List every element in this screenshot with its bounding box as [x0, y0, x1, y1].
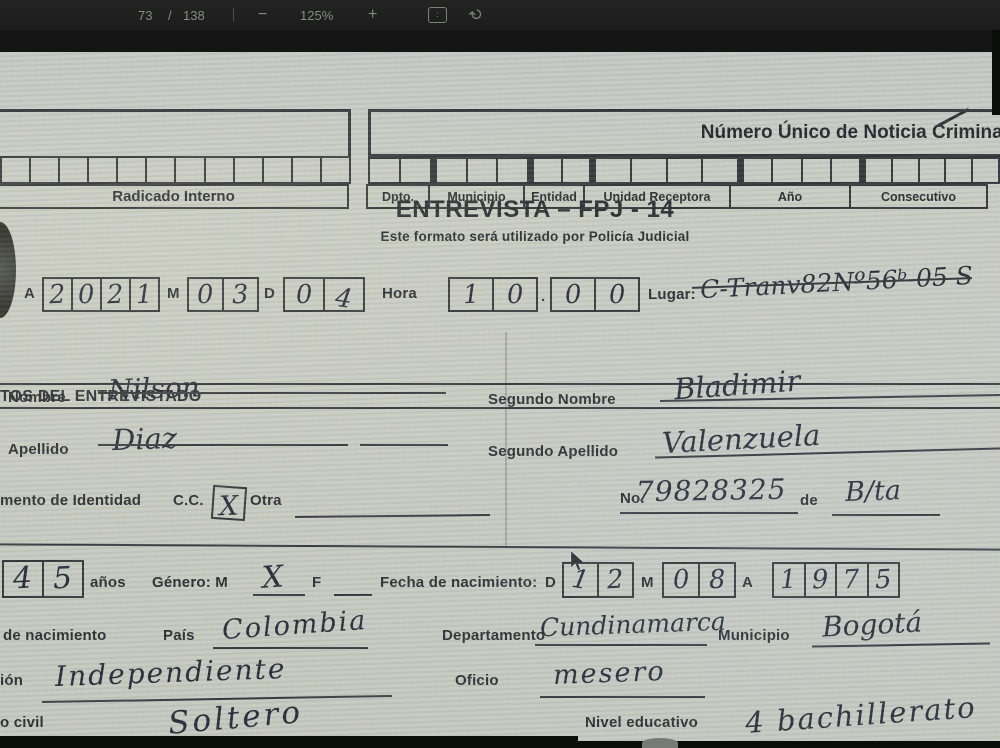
grid-cell — [891, 157, 920, 184]
nunc-title: Número Único de Noticia Criminal — [701, 122, 1000, 144]
digit-cell: 8 — [698, 562, 736, 598]
digit: 3 — [232, 281, 250, 308]
dia-boxes: 1 2 — [562, 562, 634, 598]
dia-header-label: D — [264, 285, 275, 302]
digit-cell: 2 — [100, 277, 131, 312]
fit-page-icon: ∶ — [428, 7, 447, 23]
municipio-underline — [812, 642, 990, 647]
digit-cell: 3 — [222, 277, 259, 312]
de-value: B/ta — [844, 475, 901, 508]
digit: 9 — [811, 567, 829, 594]
grid-cell — [666, 157, 704, 184]
grid-cell — [496, 157, 529, 184]
grid-cell — [174, 156, 205, 184]
hora-boxes-left: 1 0 — [448, 277, 538, 312]
dia-label: D — [545, 574, 556, 591]
digit-cell: 0 — [492, 277, 538, 312]
digit-cell: 5 — [42, 560, 84, 598]
otra-label: Otra — [250, 492, 282, 509]
grid-cell — [204, 156, 235, 184]
radicado-top-box — [0, 109, 351, 156]
digit: 0 — [608, 281, 626, 308]
grid-cell — [262, 156, 293, 184]
grid-cell — [594, 157, 632, 184]
genero-label: Género: M — [152, 574, 228, 591]
de-label: de — [800, 492, 818, 509]
digit-cell: 0 — [662, 562, 700, 598]
edad-boxes: 4 5 — [2, 560, 84, 598]
mes-header-label: M — [167, 285, 180, 302]
otra-underline — [295, 514, 490, 518]
hora-dot: . — [541, 288, 545, 305]
hora-label: Hora — [382, 285, 417, 302]
estado-civil-value: Soltero — [167, 694, 305, 742]
digit-cell: 4 — [2, 560, 44, 598]
oficio-label: Oficio — [455, 672, 499, 689]
digit: 1 — [462, 281, 480, 308]
digit: 5 — [53, 564, 74, 595]
apellido-label: Apellido — [8, 441, 69, 458]
digit-cell: 2 — [42, 277, 73, 312]
grid-cell — [368, 157, 401, 184]
page-count: 138 — [183, 0, 205, 30]
grid-cell — [87, 156, 118, 184]
grid-cell — [399, 157, 432, 184]
fit-page-button[interactable]: ∶ — [428, 0, 447, 30]
month-boxes: 0 3 — [187, 277, 259, 312]
fiscalia-logo-fragment — [0, 222, 16, 318]
apellido-value: Diaz — [111, 421, 177, 457]
estado-civil-label-cut: o civil — [0, 714, 44, 731]
grid-cell — [233, 156, 264, 184]
no-value: 79828325 — [636, 473, 787, 509]
fecha-label-cut: a — [2, 286, 11, 303]
section-divider-line — [0, 543, 1000, 550]
anio-header-label: A — [24, 285, 35, 302]
digit-cell: 7 — [835, 562, 869, 598]
rotate-icon: ↻ — [465, 3, 488, 27]
rotate-button[interactable]: ↻ — [470, 0, 483, 30]
grid-cell — [0, 156, 31, 184]
municipio-value: Bogotá — [821, 605, 923, 643]
digit-cell: 9 — [804, 562, 838, 598]
apellido-underline — [98, 444, 348, 446]
no-underline — [620, 512, 798, 514]
segundo-nombre-label: Segundo Nombre — [488, 391, 616, 408]
digit-cell: 0 — [71, 277, 102, 312]
grid-cell — [630, 157, 668, 184]
grid-cell — [29, 156, 60, 184]
grid-cell — [58, 156, 89, 184]
radicado-cells — [0, 156, 351, 184]
paper-edge-strip — [992, 30, 1000, 115]
grid-cell — [971, 157, 1000, 184]
pdf-toolbar: 73 / 138 − 125% + ∶ ↻ — [0, 0, 1000, 30]
cc-checkbox: X — [211, 485, 247, 521]
nunc-group-consecutivo — [861, 157, 1000, 184]
digit: 0 — [78, 281, 96, 308]
nivel-educativo-label: Nivel educativo — [585, 714, 698, 731]
anio-boxes: 1 9 7 5 — [772, 562, 900, 598]
document-page[interactable]: Radicado Interno Número Único de Noticia… — [0, 52, 1000, 748]
anos-label: años — [90, 574, 126, 591]
column-fold-line — [505, 332, 507, 548]
year-boxes: 2 0 2 1 — [42, 277, 160, 312]
digit: 0 — [506, 281, 524, 308]
oficio-value: mesero — [552, 656, 666, 691]
column-label: Año — [729, 184, 851, 209]
digit: 5 — [874, 567, 892, 594]
digit-cell: 0 — [283, 277, 325, 312]
grid-cell — [291, 156, 322, 184]
genero-f-label: F — [312, 574, 321, 591]
pdf-viewer-window: 73 / 138 − 125% + ∶ ↻ Radicado Interno N… — [0, 0, 1000, 748]
digit: 2 — [49, 281, 67, 308]
grid-cell — [830, 157, 861, 184]
oficio-underline — [540, 696, 705, 698]
cc-label: C.C. — [173, 492, 204, 509]
zoom-out-button[interactable]: − — [258, 0, 267, 30]
digit: 7 — [843, 567, 861, 594]
nunc-group-municipio — [432, 157, 529, 184]
digit: 1 — [136, 281, 154, 308]
bottom-bar-left — [0, 736, 578, 748]
grid-cell — [771, 157, 802, 184]
form-title: ENTREVISTA – FPJ - 14 — [330, 196, 740, 224]
zoom-in-button[interactable]: + — [368, 0, 377, 30]
grid-cell — [145, 156, 176, 184]
digit-cell: 5 — [867, 562, 901, 598]
digit-cell: 4 — [323, 277, 365, 312]
nombre-underline — [98, 392, 446, 394]
digit: 2 — [107, 281, 125, 308]
grid-cell — [944, 157, 973, 184]
day-boxes: 0 4 — [283, 277, 365, 312]
nombre-value: Nilson — [107, 370, 200, 406]
nombre-label: Nombre — [8, 389, 66, 406]
grid-cell — [435, 157, 468, 184]
nivel-educativo-value: 4 bachillerato — [744, 690, 978, 740]
page-divider: / — [168, 0, 172, 30]
pais-underline — [213, 647, 368, 649]
grid-cell — [801, 157, 832, 184]
page-number-input[interactable]: 73 — [138, 0, 152, 30]
grid-cell — [320, 156, 351, 184]
hora-boxes-right: 0 0 — [550, 277, 640, 312]
digit: 1 — [570, 566, 591, 594]
digit-cell: 1 — [772, 562, 806, 598]
digit: 0 — [295, 281, 313, 308]
de-underline — [832, 514, 940, 516]
ocupacion-value: Independiente — [54, 652, 286, 693]
lugar-label: Lugar: — [648, 286, 696, 303]
digit: 4 — [13, 564, 34, 595]
genero-f-underline — [334, 594, 372, 596]
segundo-apellido-label: Segundo Apellido — [488, 443, 618, 460]
nunc-group-anio — [739, 157, 861, 184]
pais-value: Colombia — [221, 605, 368, 646]
digit: 8 — [708, 567, 726, 594]
nunc-group-unidad — [591, 157, 739, 184]
digit: 0 — [672, 567, 690, 594]
grid-cell — [742, 157, 773, 184]
grid-cell — [466, 157, 499, 184]
grid-cell — [701, 157, 739, 184]
digit: 2 — [607, 567, 625, 594]
digit-cell: 0 — [594, 277, 640, 312]
cc-checkbox-mark: X — [219, 492, 239, 520]
grid-cell — [532, 157, 563, 184]
nunc-title-box: Número Único de Noticia Criminal — [368, 109, 1000, 157]
digit-cell: 1 — [562, 562, 599, 598]
apellido-underline-2 — [360, 444, 448, 446]
radicado-label: Radicado Interno — [0, 184, 349, 209]
genero-m-mark: X — [261, 559, 285, 595]
documento-label-cut: mento de Identidad — [0, 492, 141, 509]
digit-cell: 1 — [448, 277, 494, 312]
form-subtitle: Este formato será utilizado por Policía … — [290, 229, 780, 244]
departamento-underline — [535, 644, 707, 646]
pais-label: País — [163, 627, 195, 644]
nunc-cells — [368, 157, 1000, 184]
dock-blob — [642, 738, 678, 748]
zoom-level[interactable]: 125% — [300, 0, 333, 30]
grid-cell — [918, 157, 947, 184]
genero-m-underline — [253, 594, 305, 596]
grid-cell — [561, 157, 592, 184]
municipio-label: Municipio — [718, 627, 790, 644]
digit-cell: 1 — [129, 277, 160, 312]
digit: 1 — [780, 567, 798, 594]
nacimiento-label-cut: de nacimiento — [3, 627, 106, 644]
toolbar-divider — [233, 8, 234, 22]
mes-boxes: 0 8 — [662, 562, 736, 598]
grid-cell — [864, 157, 893, 184]
departamento-label: Departamento — [442, 627, 545, 644]
digit-cell: 0 — [550, 277, 596, 312]
digit: 4 — [333, 284, 353, 312]
digit: 0 — [564, 281, 582, 308]
digit-cell: 2 — [597, 562, 634, 598]
nunc-group-dpto — [368, 157, 432, 184]
digit: 0 — [197, 281, 215, 308]
grid-cell — [116, 156, 147, 184]
ocupacion-label-cut: ión — [0, 672, 23, 689]
anio-label: A — [742, 574, 753, 591]
fecha-nacimiento-label: Fecha de nacimiento: — [380, 574, 537, 591]
column-label: Consecutivo — [849, 184, 988, 209]
departamento-value: Cundinamarca — [540, 607, 727, 642]
digit-cell: 0 — [187, 277, 224, 312]
nunc-group-entidad — [529, 157, 591, 184]
mes-label: M — [641, 574, 654, 591]
